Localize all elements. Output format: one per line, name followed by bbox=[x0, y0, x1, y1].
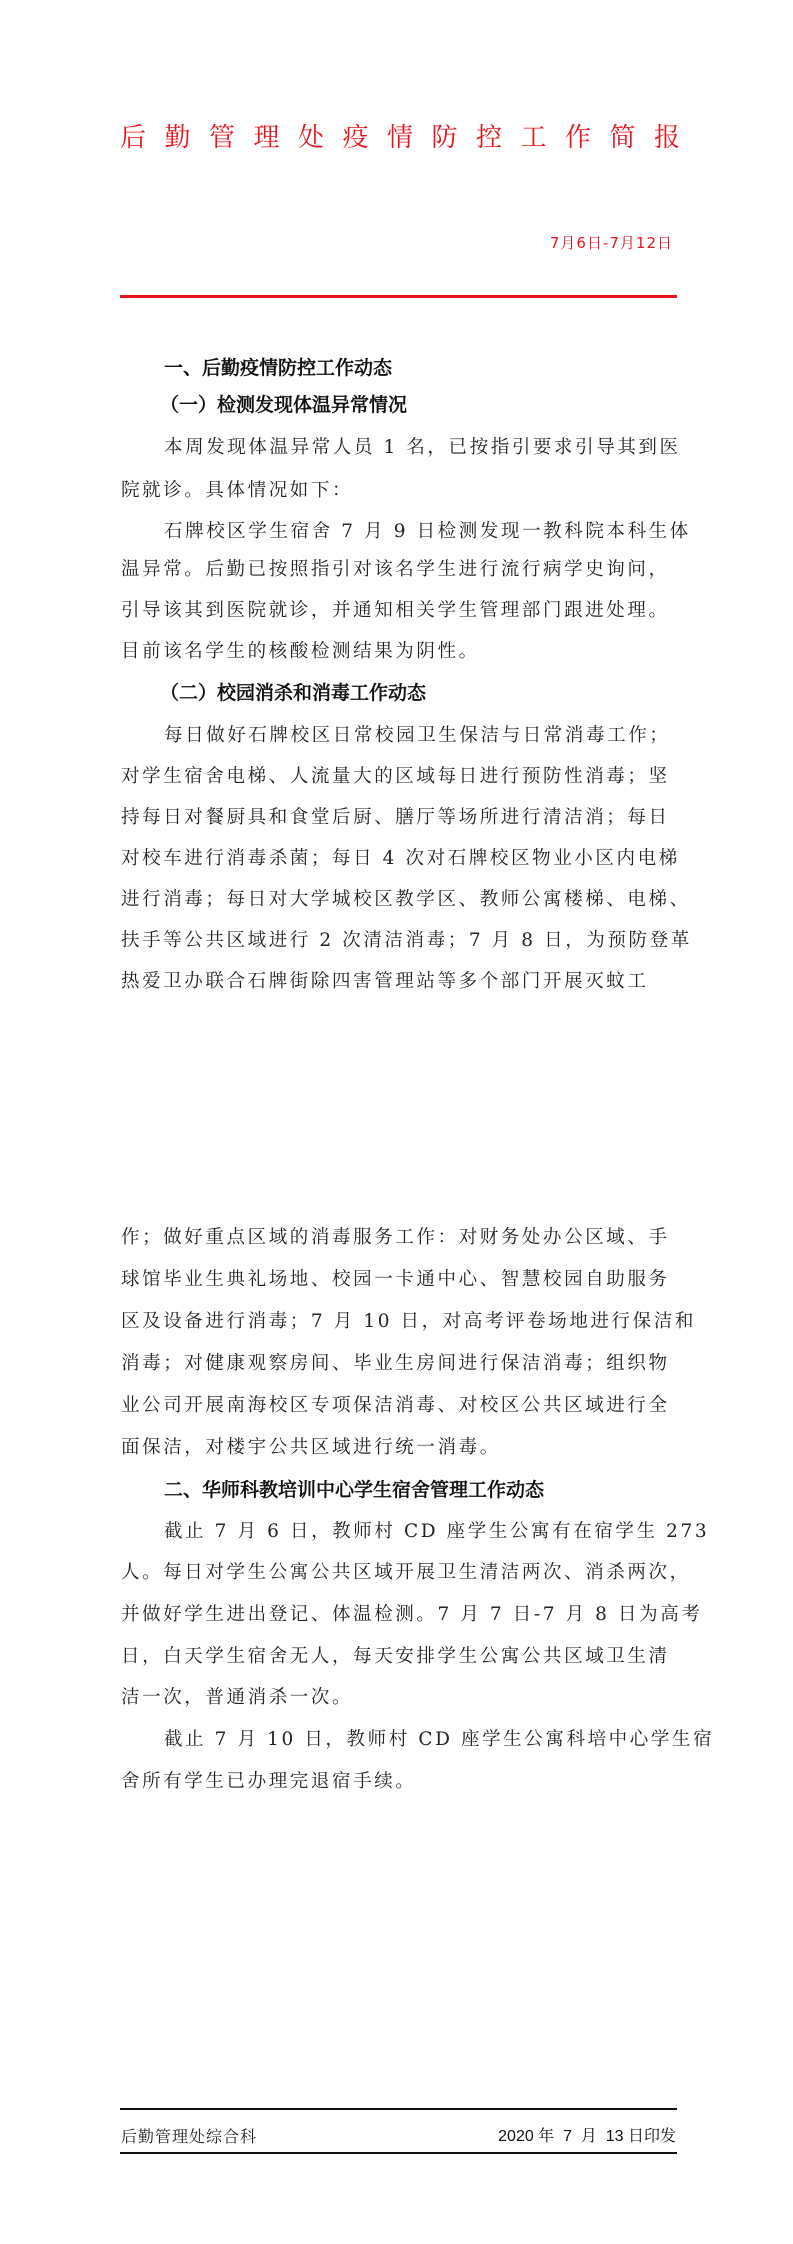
paragraph-line: 舍所有学生已办理完退宿手续。 bbox=[121, 1769, 677, 1795]
title-char: 作 bbox=[565, 122, 591, 154]
footer-bottom-rule bbox=[120, 2152, 677, 2154]
title-char: 处 bbox=[298, 122, 324, 154]
paragraph-line: 热爱卫办联合石牌街除四害管理站等多个部门开展灭蚊工 bbox=[121, 969, 677, 995]
section-heading: 二、华师科教培训中心学生宿舍管理工作动态 bbox=[164, 1477, 544, 1503]
paragraph-line: 作；做好重点区域的消毒服务工作：对财务处办公区域、手 bbox=[121, 1225, 677, 1251]
paragraph-line: 院就诊。具体情况如下： bbox=[121, 478, 677, 504]
paragraph-line: 目前该名学生的核酸检测结果为阴性。 bbox=[121, 639, 677, 665]
red-divider bbox=[120, 295, 677, 298]
paragraph-line: 石牌校区学生宿舍 7 月 9 日检测发现一教科院本科生体 bbox=[164, 519, 677, 545]
footer-top-rule bbox=[120, 2108, 677, 2110]
paragraph-line: 球馆毕业生典礼场地、校园一卡通中心、智慧校园自助服务 bbox=[121, 1267, 677, 1293]
date-range: 7月6日-7月12日 bbox=[550, 233, 673, 253]
paragraph-line: 面保洁，对楼宇公共区域进行统一消毒。 bbox=[121, 1435, 677, 1461]
title-char: 报 bbox=[654, 122, 680, 154]
paragraph-line: 本周发现体温异常人员 1 名，已按指引要求引导其到医 bbox=[164, 435, 677, 461]
paragraph-line: 进行消毒；每日对大学城校区教学区、教师公寓楼梯、电梯、 bbox=[121, 887, 677, 913]
section-heading: 一、后勤疫情防控工作动态 bbox=[164, 355, 392, 381]
title-char: 防 bbox=[432, 122, 458, 154]
title-char: 管 bbox=[209, 122, 235, 154]
paragraph-line: 对学生宿舍电梯、人流量大的区域每日进行预防性消毒；坚 bbox=[121, 764, 677, 790]
title-char: 控 bbox=[476, 122, 502, 154]
paragraph-line: 洁一次，普通消杀一次。 bbox=[121, 1685, 677, 1711]
title-char: 勤 bbox=[165, 122, 191, 154]
subsection-heading: （一）检测发现体温异常情况 bbox=[160, 392, 407, 418]
paragraph-line: 扶手等公共区域进行 2 次清洁消毒；7 月 8 日，为预防登革 bbox=[121, 928, 677, 954]
title-char: 情 bbox=[387, 122, 413, 154]
paragraph-line: 日，白天学生宿舍无人，每天安排学生公寓公共区域卫生清 bbox=[121, 1644, 677, 1670]
footer-issue-date: 2020 年 7 月 13 日印发 bbox=[498, 2125, 676, 2149]
paragraph-line: 区及设备进行消毒；7 月 10 日，对高考评卷场地进行保洁和 bbox=[121, 1309, 677, 1335]
document-title: 后 勤 管 理 处 疫 情 防 控 工 作 简 报 bbox=[120, 122, 680, 154]
title-char: 疫 bbox=[343, 122, 369, 154]
title-char: 简 bbox=[610, 122, 636, 154]
paragraph-line: 引导该其到医院就诊，并通知相关学生管理部门跟进处理。 bbox=[121, 598, 677, 624]
paragraph-line: 温异常。后勤已按照指引对该名学生进行流行病学史询问， bbox=[121, 557, 677, 583]
title-char: 工 bbox=[521, 122, 547, 154]
paragraph-line: 每日做好石牌校区日常校园卫生保洁与日常消毒工作； bbox=[164, 723, 677, 749]
paragraph-line: 对校车进行消毒杀菌；每日 4 次对石牌校区物业小区内电梯 bbox=[121, 846, 677, 872]
paragraph-line: 业公司开展南海校区专项保洁消毒、对校区公共区域进行全 bbox=[121, 1393, 677, 1419]
footer-issuer: 后勤管理处综合科 bbox=[121, 2125, 257, 2149]
subsection-heading: （二）校园消杀和消毒工作动态 bbox=[160, 680, 426, 706]
paragraph-line: 持每日对餐厨具和食堂后厨、膳厅等场所进行清洁消；每日 bbox=[121, 805, 677, 831]
paragraph-line: 截止 7 月 10 日，教师村 CD 座学生公寓科培中心学生宿 bbox=[164, 1727, 677, 1753]
paragraph-line: 人。每日对学生公寓公共区域开展卫生清洁两次、消杀两次， bbox=[121, 1560, 677, 1586]
title-char: 理 bbox=[254, 122, 280, 154]
paragraph-line: 截止 7 月 6 日，教师村 CD 座学生公寓有在宿学生 273 bbox=[164, 1519, 677, 1545]
title-char: 后 bbox=[120, 122, 146, 154]
paragraph-line: 并做好学生进出登记、体温检测。7 月 7 日-7 月 8 日为高考 bbox=[121, 1602, 677, 1628]
paragraph-line: 消毒；对健康观察房间、毕业生房间进行保洁消毒；组织物 bbox=[121, 1351, 677, 1377]
